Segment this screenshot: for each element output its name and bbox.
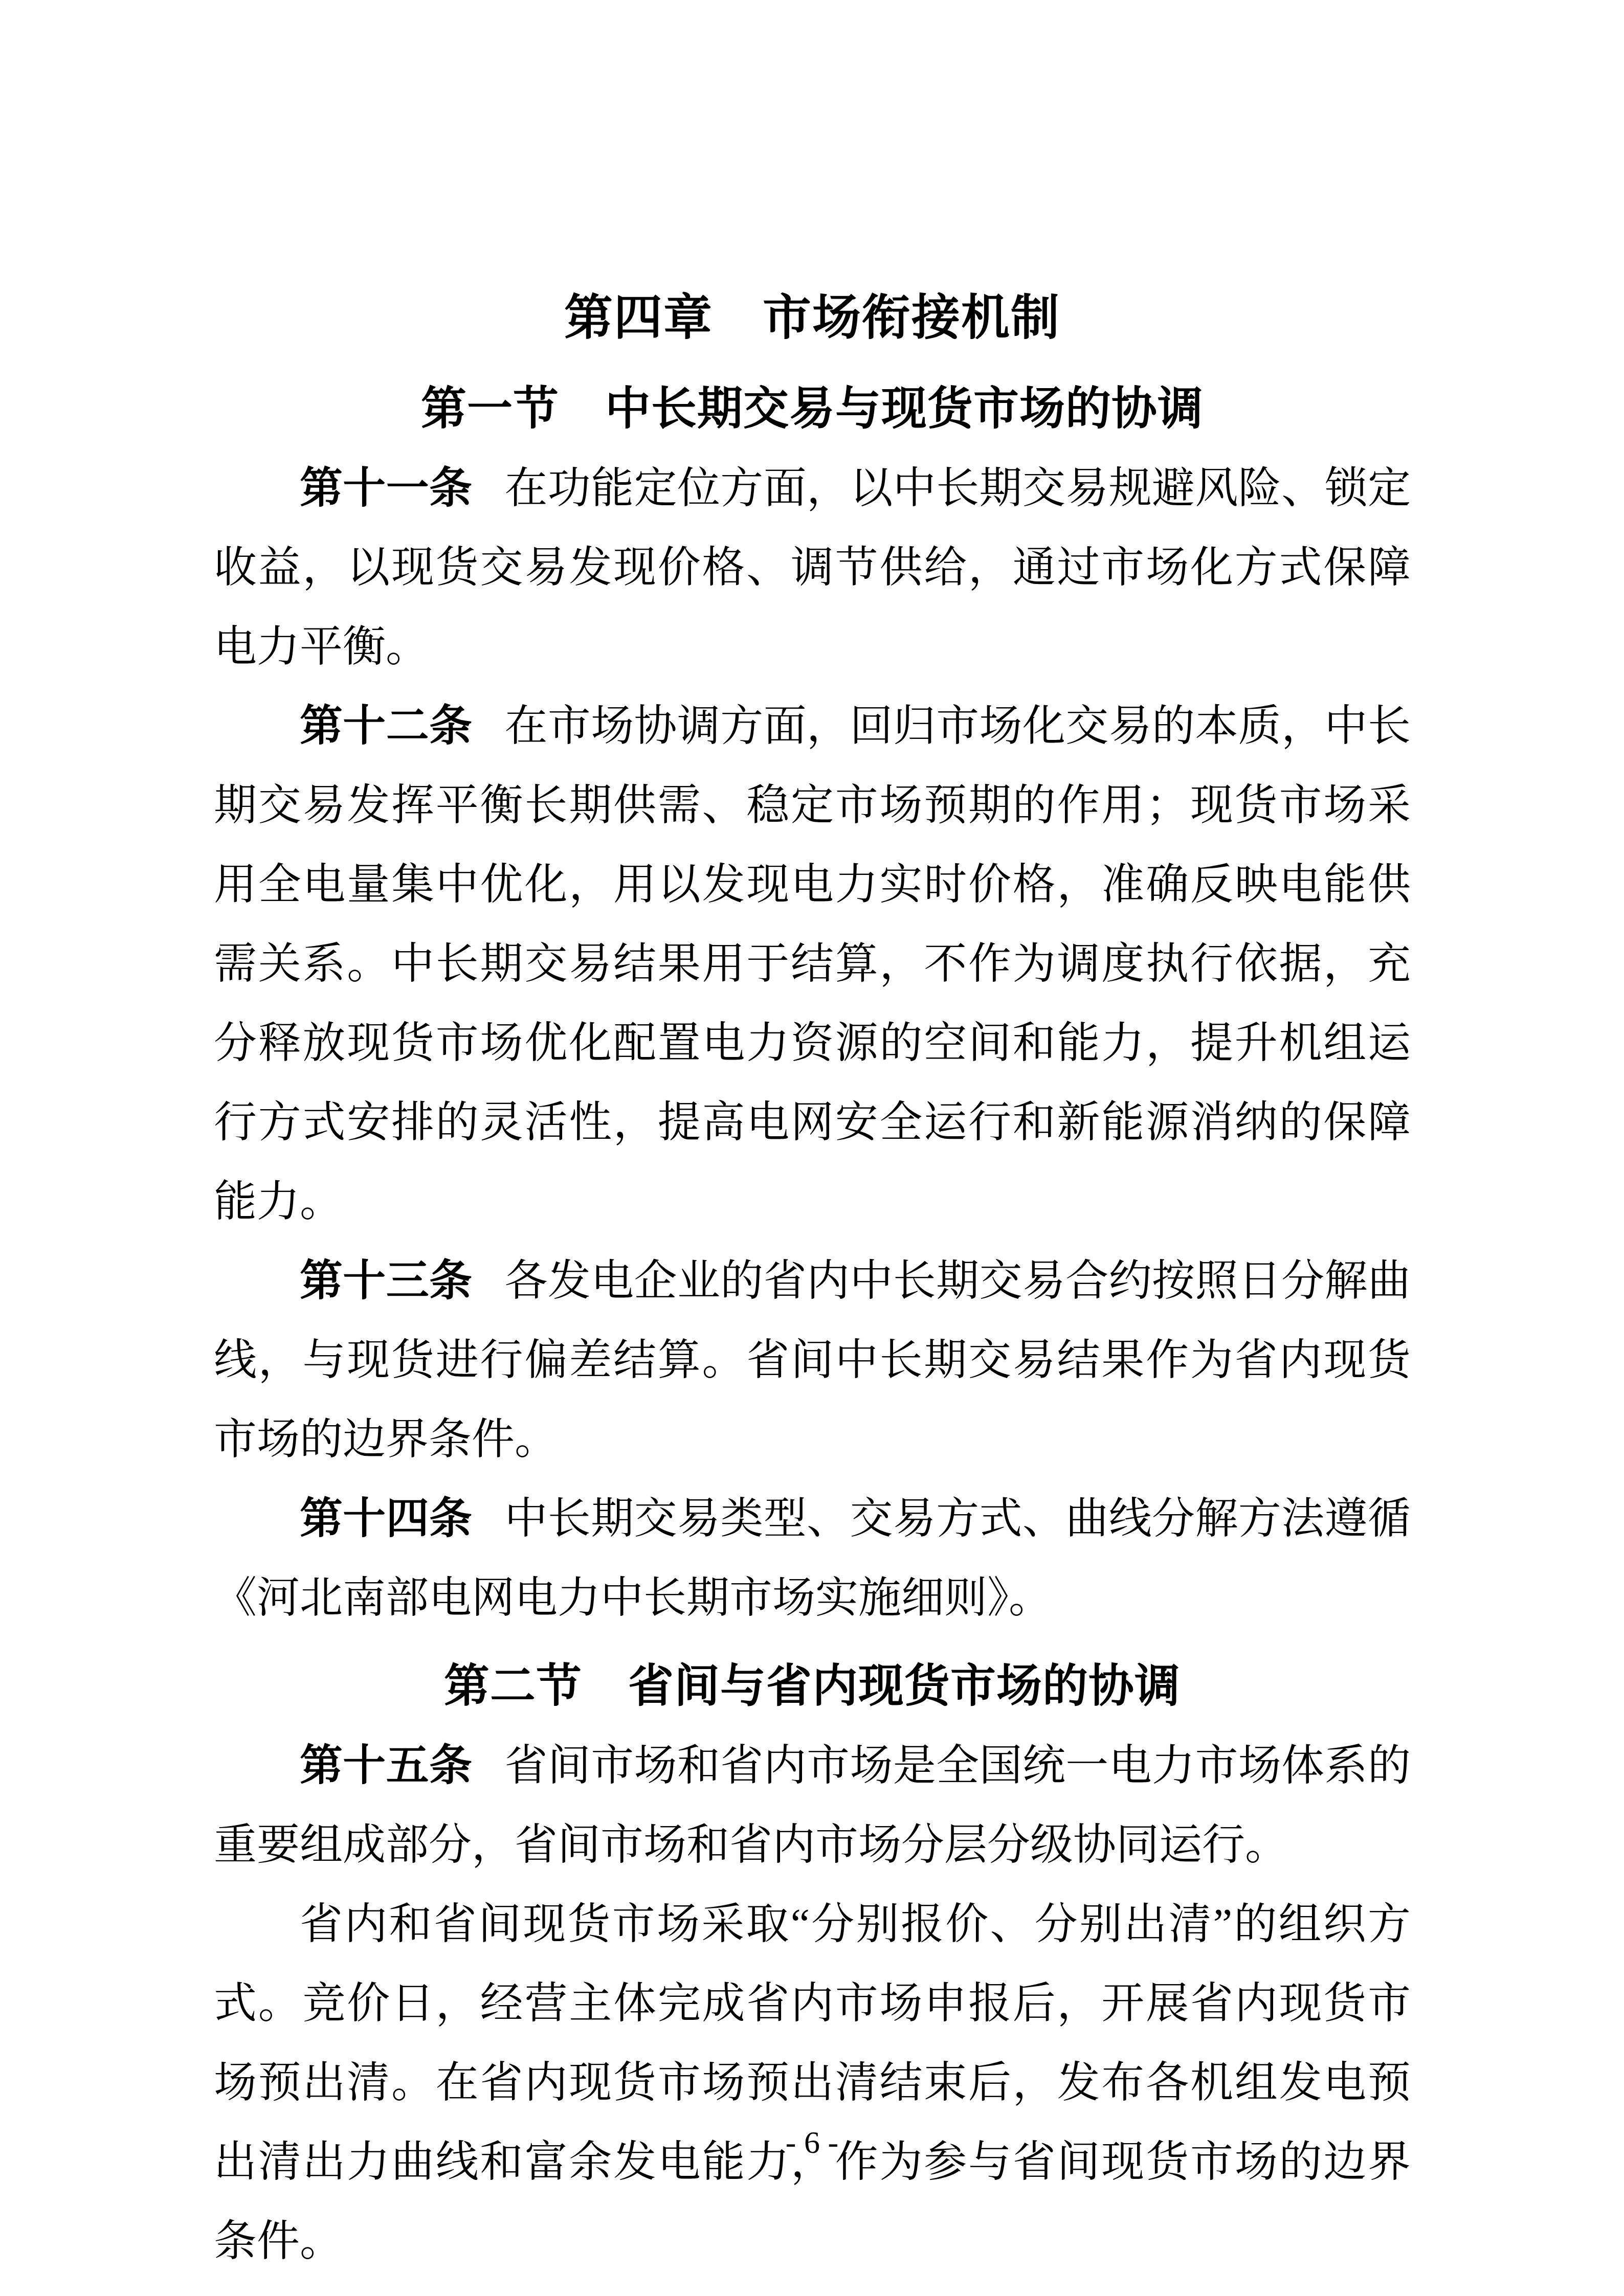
article-12: 第十二条在市场协调方面，回归市场化交易的本质，中长期交易发挥平衡长期供需、稳定市… xyxy=(214,687,1411,1242)
article-14-number: 第十四条 xyxy=(300,1495,473,1543)
document-content: 第四章 市场衔接机制 第一节 中长期交易与现货市场的协调 第十一条在功能定位方面… xyxy=(214,276,1411,2281)
section-1-title: 第一节 中长期交易与现货市场的协调 xyxy=(214,370,1411,449)
article-12-text: 在市场协调方面，回归市场化交易的本质，中长期交易发挥平衡长期供需、稳定市场预期的… xyxy=(214,703,1411,1226)
chapter-title: 第四章 市场衔接机制 xyxy=(214,276,1411,361)
article-15: 第十五条省间市场和省内市场是全国统一电力市场体系的重要组成部分，省间市场和省内市… xyxy=(214,1726,1411,1885)
section-2-title: 第二节 省间与省内现货市场的协调 xyxy=(214,1647,1411,1726)
article-12-number: 第十二条 xyxy=(300,703,473,750)
closing-paragraph: 省内和省间现货市场采取“分别报价、分别出清”的组织方式。竞价日，经营主体完成省内… xyxy=(214,1885,1411,2281)
article-13-number: 第十三条 xyxy=(300,1257,473,1305)
page-number: - 6 - xyxy=(0,2122,1624,2163)
article-11-number: 第十一条 xyxy=(300,465,473,512)
document-page: 第四章 市场衔接机制 第一节 中长期交易与现货市场的协调 第十一条在功能定位方面… xyxy=(0,0,1624,2296)
article-14: 第十四条中长期交易类型、交易方式、曲线分解方法遵循《河北南部电网电力中长期市场实… xyxy=(214,1479,1411,1638)
article-11: 第十一条在功能定位方面，以中长期交易规避风险、锁定收益，以现货交易发现价格、调节… xyxy=(214,449,1411,687)
article-15-number: 第十五条 xyxy=(300,1742,473,1790)
article-13: 第十三条各发电企业的省内中长期交易合约按照日分解曲线，与现货进行偏差结算。省间中… xyxy=(214,1242,1411,1479)
